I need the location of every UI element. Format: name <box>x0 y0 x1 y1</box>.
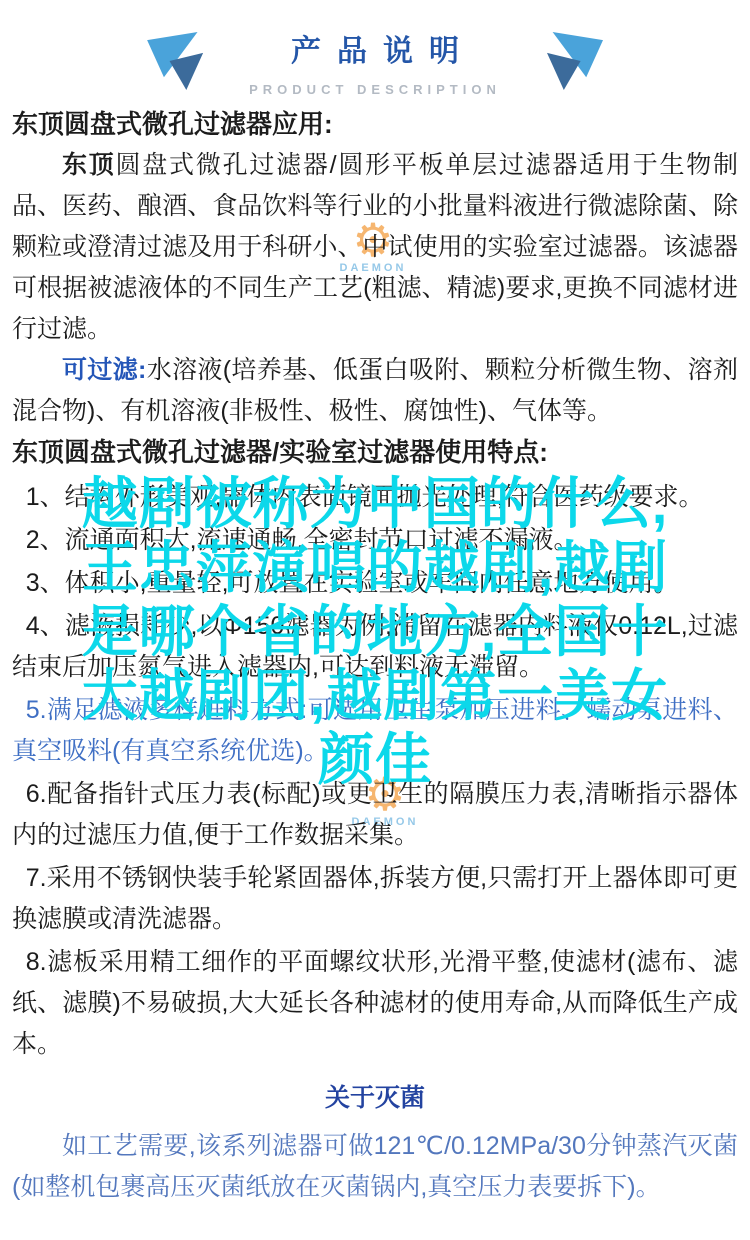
feature-item-3: 3、体积小,重量轻,可放置在实验室或车间内任意地方使用。 <box>12 563 738 604</box>
filterable-paragraph: 可过滤:水溶液(培养基、低蛋白吸附、颗粒分析微生物、溶剂混合物)、有机溶液(非极… <box>12 350 738 432</box>
features-heading: 东顶圆盘式微孔过滤器/实验室过滤器使用特点: <box>12 432 738 473</box>
left-triangle-ornament-icon <box>147 32 203 90</box>
feature-item-7: 7.采用不锈钢快装手轮紧固器体,拆装方便,只需打开上器体即可更换滤膜或清洗滤器。 <box>12 858 738 940</box>
page-subtitle: PRODUCT DESCRIPTION <box>249 82 501 97</box>
right-triangle-ornament-icon <box>547 32 603 90</box>
feature-item-4: 4、滤液损耗少,以Φ150滤器为例,滞留在滤器内料液仅0.12L,过滤结束后加压… <box>12 606 738 688</box>
feature-item-1: 1、结构外形美观,器体内表面镜面抛光处理,符合医药级要求。 <box>12 477 738 518</box>
filterable-label: 可过滤: <box>62 356 146 384</box>
article-body: 东顶圆盘式微孔过滤器应用: 东顶圆盘式微孔过滤器/圆形平板单层过滤器适用于生物制… <box>12 104 738 1208</box>
feature-item-5: 5.满足滤液多样进料方式:可选用卫生泵加压进料、蠕动泵进料、真空吸料(有真空系统… <box>12 690 738 772</box>
application-text: 圆盘式微孔过滤器/圆形平板单层过滤器适用于生物制品、医药、酿酒、食品饮料等行业的… <box>12 151 738 343</box>
application-heading: 东顶圆盘式微孔过滤器应用: <box>12 104 738 145</box>
feature-list: 1、结构外形美观,器体内表面镜面抛光处理,符合医药级要求。 2、流通面积大,流速… <box>12 477 738 1065</box>
feature-item-2: 2、流通面积大,流速通畅,全密封节口过滤不漏液。 <box>12 520 738 561</box>
feature-item-8: 8.滤板采用精工细作的平面螺纹状形,光滑平整,使滤材(滤布、滤纸、滤膜)不易破损… <box>12 942 738 1065</box>
section-header: 产品说明 PRODUCT DESCRIPTION <box>0 26 750 97</box>
product-description-page: ⚙ DAEMON ⚙ DAEMON 产品说明 PRODUCT DESCRIPTI… <box>0 0 750 1240</box>
brand-lead-text: 东顶 <box>62 151 116 179</box>
page-title: 产品说明 <box>249 26 501 70</box>
application-paragraph: 东顶圆盘式微孔过滤器/圆形平板单层过滤器适用于生物制品、医药、酿酒、食品饮料等行… <box>12 145 738 350</box>
sterilization-heading: 关于灭菌 <box>12 1078 738 1119</box>
feature-item-6: 6.配备指针式压力表(标配)或更卫生的隔膜压力表,清晰指示器体内的过滤压力值,便… <box>12 774 738 856</box>
sterilization-paragraph: 如工艺需要,该系列滤器可做121℃/0.12MPa/30分钟蒸汽灭菌(如整机包裹… <box>12 1126 738 1208</box>
